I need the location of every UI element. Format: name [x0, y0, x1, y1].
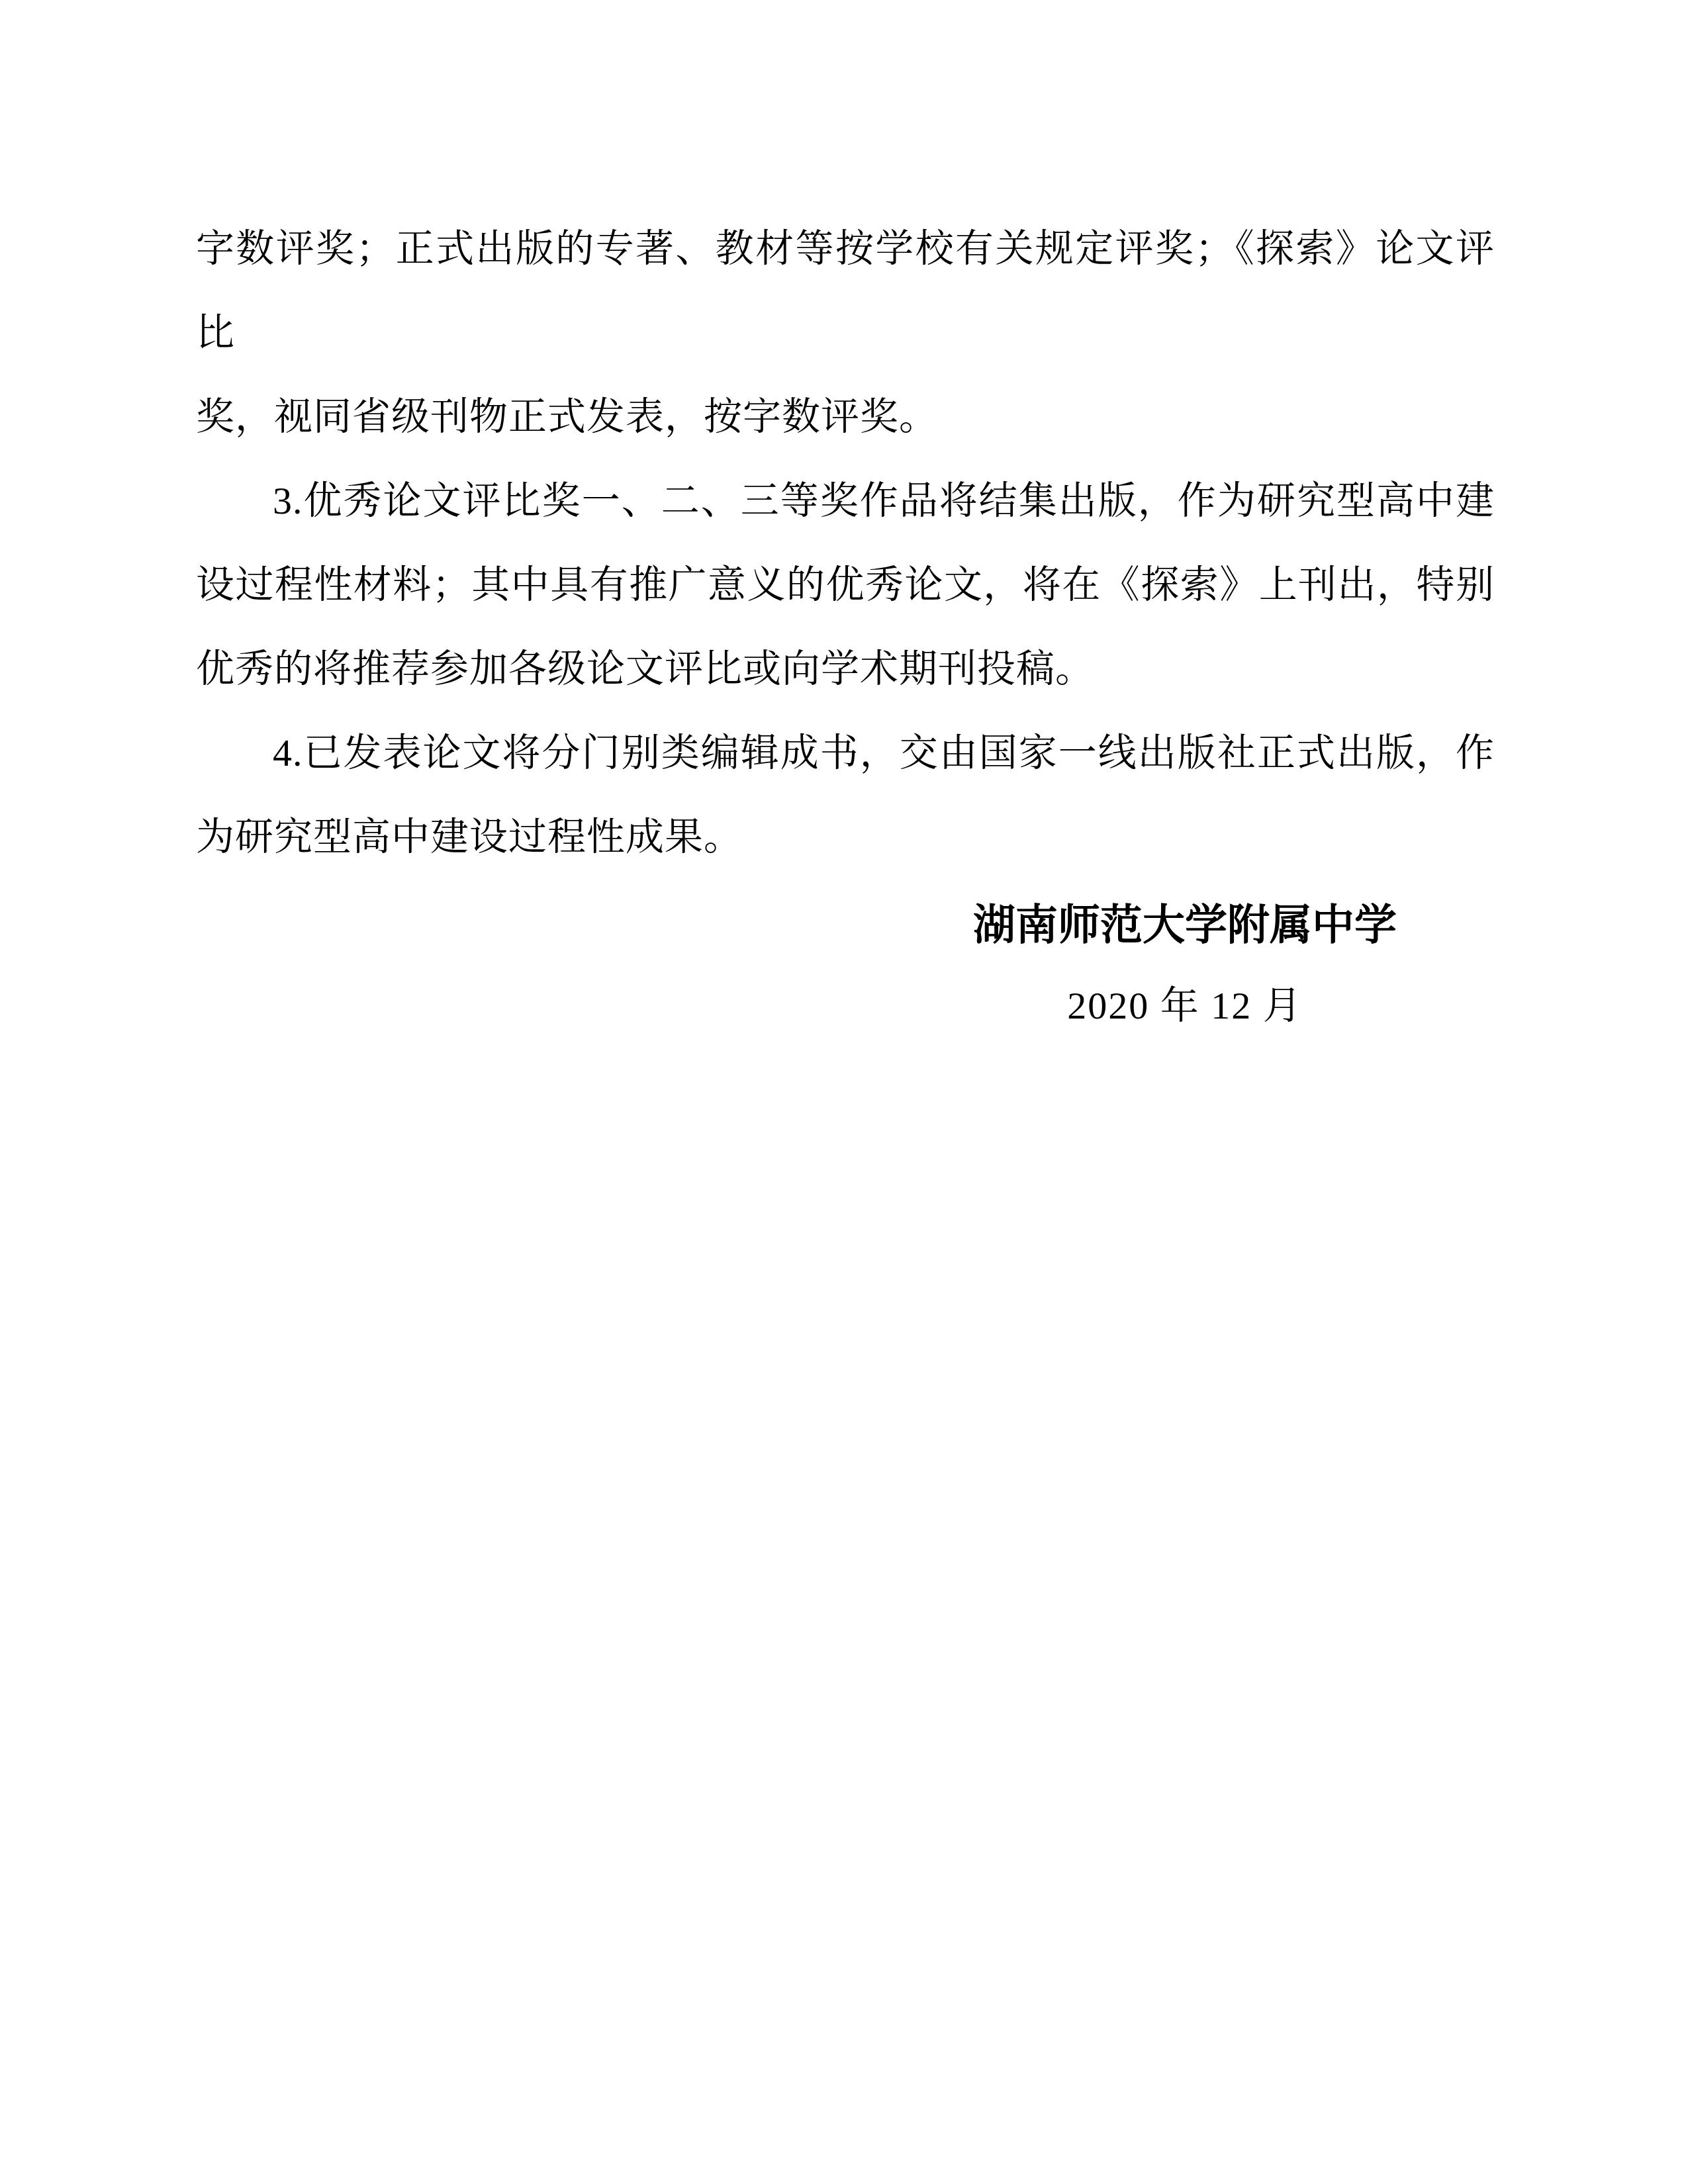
document-page: 字数评奖；正式出版的专著、教材等按学校有关规定评奖；《探索》论文评比 奖，视同省… — [0, 0, 1688, 2184]
body-line: 为研究型高中建设过程性成果。 — [196, 795, 1495, 879]
body-line-item-3: 3.优秀论文评比奖一、二、三等奖作品将结集出版，作为研究型高中建 — [196, 459, 1495, 543]
body-line: 设过程性材料；其中具有推广意义的优秀论文，将在《探索》上刊出，特别 — [196, 543, 1495, 627]
signature-date: 2020 年 12 月 — [854, 987, 1516, 1025]
body-line-item-4: 4.已发表论文将分门别类编辑成书，交由国家一线出版社正式出版，作 — [196, 711, 1495, 795]
body-text: 字数评奖；正式出版的专著、教材等按学校有关规定评奖；《探索》论文评比 奖，视同省… — [196, 206, 1495, 879]
body-line: 字数评奖；正式出版的专著、教材等按学校有关规定评奖；《探索》论文评比 — [196, 206, 1495, 375]
body-line: 优秀的将推荐参加各级论文评比或向学术期刊投稿。 — [196, 627, 1495, 711]
body-line: 奖，视同省级刊物正式发表，按字数评奖。 — [196, 375, 1495, 459]
signature-school-name: 湖南师范大学附属中学 — [854, 903, 1516, 946]
signature-block: 湖南师范大学附属中学 2020 年 12 月 — [854, 903, 1516, 1025]
